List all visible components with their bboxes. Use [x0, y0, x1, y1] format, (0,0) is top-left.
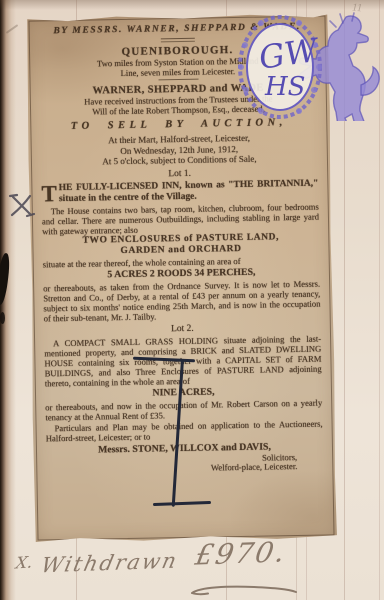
gwhs-watermark-stamp: GW HS — [233, 5, 384, 121]
stamp-letters-bottom: HS — [264, 72, 306, 102]
handwritten-underline-flourish — [188, 583, 300, 600]
particulars-note: Particulars and Plan may be obtained on … — [46, 418, 323, 443]
handwritten-withdrawn: Withdrawn — [39, 549, 181, 578]
lot1-heading-text: HE FULLY-LICENSED INN, known as "THE BRI… — [59, 178, 319, 204]
handwritten-amount: £970. — [193, 535, 290, 571]
ink-blot-small — [0, 312, 5, 324]
margin-x-mark — [8, 190, 36, 225]
handwritten-x-mark: X. — [15, 552, 34, 572]
dropcap-letter: T — [41, 183, 59, 203]
divider-rule — [158, 79, 198, 81]
stamp-graphic: GW HS — [233, 5, 384, 121]
lot1-description: The House contains two bars, tap room, k… — [42, 201, 319, 236]
lot1-tenancy: or thereabouts, as taken from the Ordnan… — [43, 278, 321, 323]
divider-rule — [160, 38, 194, 43]
